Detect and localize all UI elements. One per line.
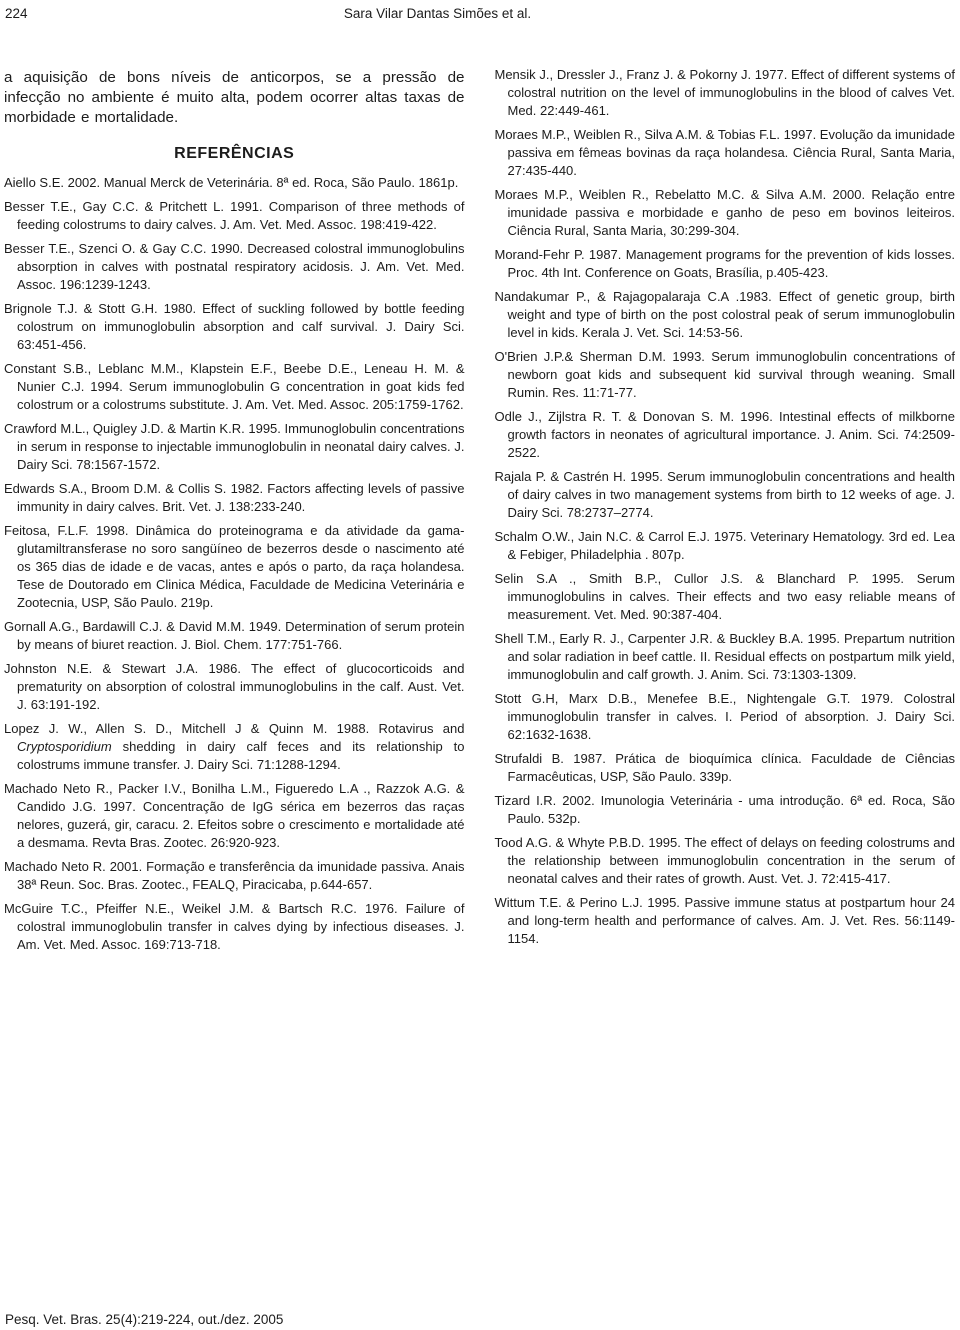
reference-text-segment: Machado Neto R. 2001. Formação e transfe… bbox=[4, 859, 465, 892]
reference-entry: Moraes M.P., Weiblen R., Rebelatto M.C. … bbox=[495, 186, 956, 240]
reference-entry: Selin S.A ., Smith B.P., Cullor J.S. & B… bbox=[495, 570, 956, 624]
reference-text-segment: Johnston N.E. & Stewart J.A. 1986. The e… bbox=[4, 661, 465, 712]
reference-entry: Moraes M.P., Weiblen R., Silva A.M. & To… bbox=[495, 126, 956, 180]
reference-text-segment: Cryptosporidium bbox=[17, 739, 112, 754]
reference-entry: Machado Neto R., Packer I.V., Bonilha L.… bbox=[4, 780, 465, 852]
reference-text-segment: Selin S.A ., Smith B.P., Cullor J.S. & B… bbox=[495, 571, 956, 622]
reference-entry: Crawford M.L., Quigley J.D. & Martin K.R… bbox=[4, 420, 465, 474]
reference-text-segment: Constant S.B., Leblanc M.M., Klapstein E… bbox=[4, 361, 465, 412]
reference-text-segment: Aiello S.E. 2002. Manual Merck de Veteri… bbox=[4, 175, 458, 190]
reference-text-segment: Lopez J. W., Allen S. D., Mitchell J & Q… bbox=[4, 721, 465, 736]
reference-entry: Tood A.G. & Whyte P.B.D. 1995. The effec… bbox=[495, 834, 956, 888]
reference-text-segment: Besser T.E., Szenci O. & Gay C.C. 1990. … bbox=[4, 241, 465, 292]
reference-text-segment: McGuire T.C., Pfeiffer N.E., Weikel J.M.… bbox=[4, 901, 465, 952]
reference-entry: Gornall A.G., Bardawill C.J. & David M.M… bbox=[4, 618, 465, 654]
page-footer: Pesq. Vet. Bras. 25(4):219-224, out./dez… bbox=[5, 1312, 283, 1327]
reference-text-segment: Besser T.E., Gay C.C. & Pritchett L. 199… bbox=[4, 199, 465, 232]
reference-entry: O'Brien J.P.& Sherman D.M. 1993. Serum i… bbox=[495, 348, 956, 402]
references-column-right: Mensik J., Dressler J., Franz J. & Pokor… bbox=[495, 66, 956, 948]
right-column: Mensik J., Dressler J., Franz J. & Pokor… bbox=[495, 66, 956, 954]
reference-entry: Constant S.B., Leblanc M.M., Klapstein E… bbox=[4, 360, 465, 414]
reference-entry: Nandakumar P., & Rajagopalaraja C.A .198… bbox=[495, 288, 956, 342]
journal-citation-line: Pesq. Vet. Bras. 25(4):219-224, out./dez… bbox=[5, 1312, 283, 1327]
reference-entry: Tizard I.R. 2002. Imunologia Veterinária… bbox=[495, 792, 956, 828]
reference-entry: McGuire T.C., Pfeiffer N.E., Weikel J.M.… bbox=[4, 900, 465, 954]
reference-text-segment: Stott G.H, Marx D.B., Menefee B.E., Nigh… bbox=[495, 691, 956, 742]
reference-text-segment: Mensik J., Dressler J., Franz J. & Pokor… bbox=[495, 67, 956, 118]
reference-text-segment: Edwards S.A., Broom D.M. & Collis S. 198… bbox=[4, 481, 465, 514]
reference-entry: Besser T.E., Gay C.C. & Pritchett L. 199… bbox=[4, 198, 465, 234]
reference-entry: Lopez J. W., Allen S. D., Mitchell J & Q… bbox=[4, 720, 465, 774]
reference-text-segment: Feitosa, F.L.F. 1998. Dinâmica do protei… bbox=[4, 523, 465, 610]
reference-entry: Johnston N.E. & Stewart J.A. 1986. The e… bbox=[4, 660, 465, 714]
reference-entry: Machado Neto R. 2001. Formação e transfe… bbox=[4, 858, 465, 894]
reference-text-segment: Odle J., Zijlstra R. T. & Donovan S. M. … bbox=[495, 409, 956, 460]
reference-entry: Rajala P. & Castrén H. 1995. Serum immun… bbox=[495, 468, 956, 522]
reference-text-segment: O'Brien J.P.& Sherman D.M. 1993. Serum i… bbox=[495, 349, 956, 400]
reference-text-segment: Moraes M.P., Weiblen R., Rebelatto M.C. … bbox=[495, 187, 956, 238]
reference-text-segment: Strufaldi B. 1987. Prática de bioquímica… bbox=[495, 751, 956, 784]
references-column-left: Aiello S.E. 2002. Manual Merck de Veteri… bbox=[4, 174, 465, 954]
reference-text-segment: Morand-Fehr P. 1987. Management programs… bbox=[495, 247, 956, 280]
reference-entry: Besser T.E., Szenci O. & Gay C.C. 1990. … bbox=[4, 240, 465, 294]
document-page: 224 Sara Vilar Dantas Simões et al. a aq… bbox=[0, 0, 960, 1330]
reference-text-segment: Moraes M.P., Weiblen R., Silva A.M. & To… bbox=[495, 127, 956, 178]
reference-text-segment: Machado Neto R., Packer I.V., Bonilha L.… bbox=[4, 781, 465, 850]
reference-entry: Strufaldi B. 1987. Prática de bioquímica… bbox=[495, 750, 956, 786]
reference-entry: Edwards S.A., Broom D.M. & Collis S. 198… bbox=[4, 480, 465, 516]
reference-entry: Stott G.H, Marx D.B., Menefee B.E., Nigh… bbox=[495, 690, 956, 744]
reference-text-segment: Gornall A.G., Bardawill C.J. & David M.M… bbox=[4, 619, 465, 652]
reference-text-segment: Nandakumar P., & Rajagopalaraja C.A .198… bbox=[495, 289, 956, 340]
reference-entry: Shell T.M., Early R. J., Carpenter J.R. … bbox=[495, 630, 956, 684]
page-header: 224 Sara Vilar Dantas Simões et al. bbox=[4, 6, 956, 26]
running-title: Sara Vilar Dantas Simões et al. bbox=[4, 6, 871, 21]
reference-entry: Morand-Fehr P. 1987. Management programs… bbox=[495, 246, 956, 282]
reference-text-segment: Schalm O.W., Jain N.C. & Carrol E.J. 197… bbox=[495, 529, 956, 562]
reference-entry: Wittum T.E. & Perino L.J. 1995. Passive … bbox=[495, 894, 956, 948]
reference-entry: Schalm O.W., Jain N.C. & Carrol E.J. 197… bbox=[495, 528, 956, 564]
left-column: a aquisição de bons níveis de anticorpos… bbox=[4, 66, 465, 960]
reference-text-segment: Tood A.G. & Whyte P.B.D. 1995. The effec… bbox=[495, 835, 956, 886]
reference-text-segment: Wittum T.E. & Perino L.J. 1995. Passive … bbox=[495, 895, 956, 946]
reference-text-segment: Shell T.M., Early R. J., Carpenter J.R. … bbox=[495, 631, 956, 682]
reference-text-segment: Crawford M.L., Quigley J.D. & Martin K.R… bbox=[4, 421, 465, 472]
references-heading: REFERÊNCIAS bbox=[4, 145, 465, 163]
two-column-body: a aquisição de bons níveis de anticorpos… bbox=[4, 66, 955, 960]
reference-text-segment: Tizard I.R. 2002. Imunologia Veterinária… bbox=[495, 793, 956, 826]
reference-text-segment: Brignole T.J. & Stott G.H. 1980. Effect … bbox=[4, 301, 465, 352]
reference-entry: Odle J., Zijlstra R. T. & Donovan S. M. … bbox=[495, 408, 956, 462]
reference-entry: Feitosa, F.L.F. 1998. Dinâmica do protei… bbox=[4, 522, 465, 612]
intro-paragraph: a aquisição de bons níveis de anticorpos… bbox=[4, 68, 465, 128]
reference-entry: Aiello S.E. 2002. Manual Merck de Veteri… bbox=[4, 174, 465, 192]
reference-text-segment: Rajala P. & Castrén H. 1995. Serum immun… bbox=[495, 469, 956, 520]
reference-entry: Mensik J., Dressler J., Franz J. & Pokor… bbox=[495, 66, 956, 120]
reference-entry: Brignole T.J. & Stott G.H. 1980. Effect … bbox=[4, 300, 465, 354]
